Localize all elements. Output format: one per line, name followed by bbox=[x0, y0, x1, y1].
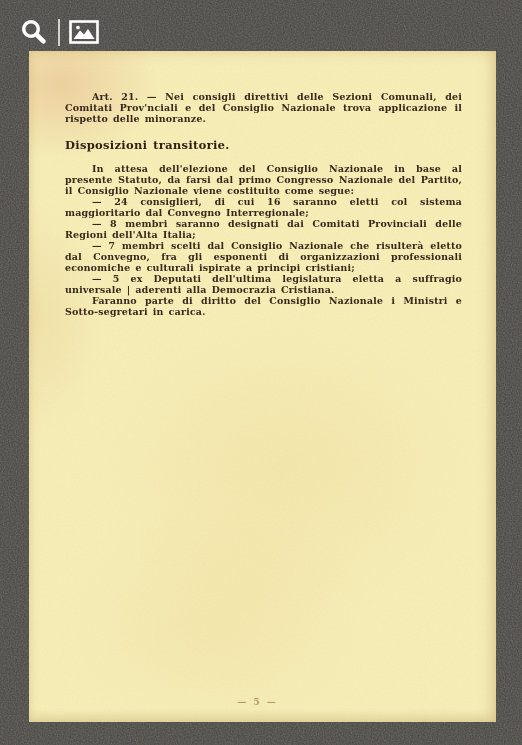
scanned-document-page: Art. 21. — Nei consigli direttivi delle … bbox=[29, 51, 496, 722]
intro-paragraph: In attesa dell'elezione del Consiglio Na… bbox=[65, 164, 462, 197]
document-viewer-window: Art. 21. — Nei consigli direttivi delle … bbox=[0, 0, 522, 745]
article-21-paragraph: Art. 21. — Nei consigli direttivi delle … bbox=[65, 92, 462, 125]
closing-paragraph: Faranno parte di diritto del Consiglio N… bbox=[65, 296, 462, 318]
viewer-toolbar bbox=[19, 17, 99, 47]
page-text-block: Art. 21. — Nei consigli direttivi delle … bbox=[29, 51, 496, 318]
toolbar-divider bbox=[58, 19, 60, 46]
section-heading: Disposizioni transitorie. bbox=[65, 139, 462, 151]
image-icon[interactable] bbox=[69, 17, 99, 47]
list-item-8-membri: — 8 membri saranno designati dai Comitat… bbox=[65, 219, 462, 241]
picture-glyph bbox=[69, 20, 99, 44]
list-item-7-membri: — 7 membri scelti dal Consiglio Nazional… bbox=[65, 241, 462, 274]
magnifier-glyph bbox=[20, 18, 48, 46]
page-number: — 5 — bbox=[29, 698, 486, 708]
list-item-24-consiglieri: — 24 consiglieri, di cui 16 saranno elet… bbox=[65, 197, 462, 219]
list-item-5-ex-deputati: — 5 ex Deputati dell'ultima legislatura … bbox=[65, 274, 462, 296]
search-icon[interactable] bbox=[19, 17, 49, 47]
